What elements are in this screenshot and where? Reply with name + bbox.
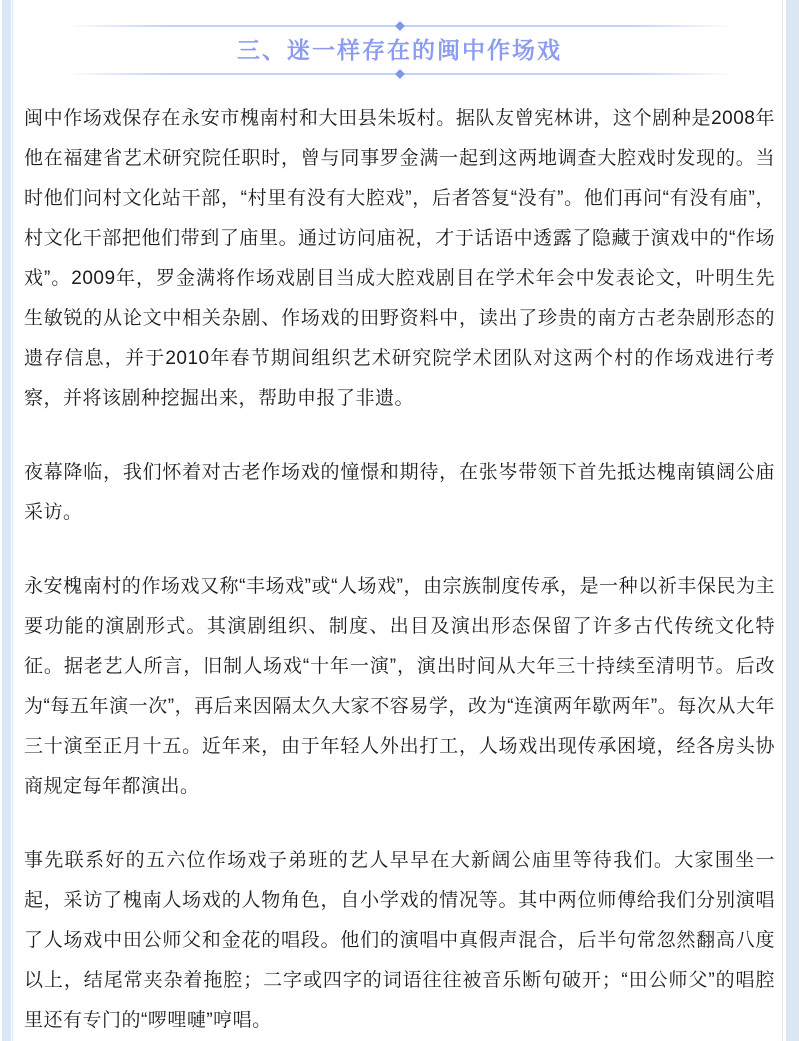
divider-top — [64, 22, 735, 30]
page-gutter-left — [2, 0, 11, 1041]
diamond-icon — [395, 21, 405, 31]
article-page: 三、迷一样存在的闽中作场戏 闽中作场戏保存在永安市槐南村和大田县朱坂村。据队友曾… — [0, 0, 799, 1041]
article-body: 闽中作场戏保存在永安市槐南村和大田县朱坂村。据队友曾宪林讲，这个剧种是2008年… — [24, 99, 775, 1041]
body-paragraph: 事先联系好的五六位作场戏子弟班的艺人早早在大新阔公庙里等待我们。大家围坐一起，采… — [24, 841, 775, 1041]
body-paragraph: 夜幕降临，我们怀着对古老作场戏的憧憬和期待，在张岑带领下首先抵达槐南镇阔公庙采访… — [24, 453, 775, 533]
body-paragraph: 永安槐南村的作场戏又称“丰场戏”或“人场戏”，由宗族制度传承，是一种以祈丰保民为… — [24, 567, 775, 807]
page-edge-line-left — [12, 0, 13, 1041]
divider-bottom — [64, 70, 735, 78]
section-title-block: 三、迷一样存在的闽中作场戏 — [64, 22, 735, 78]
body-paragraph: 闽中作场戏保存在永安市槐南村和大田县朱坂村。据队友曾宪林讲，这个剧种是2008年… — [24, 99, 775, 419]
page-gutter-right — [786, 0, 799, 1041]
page-edge-line-right — [782, 0, 783, 1041]
section-title: 三、迷一样存在的闽中作场戏 — [64, 33, 735, 67]
diamond-icon — [395, 69, 405, 79]
